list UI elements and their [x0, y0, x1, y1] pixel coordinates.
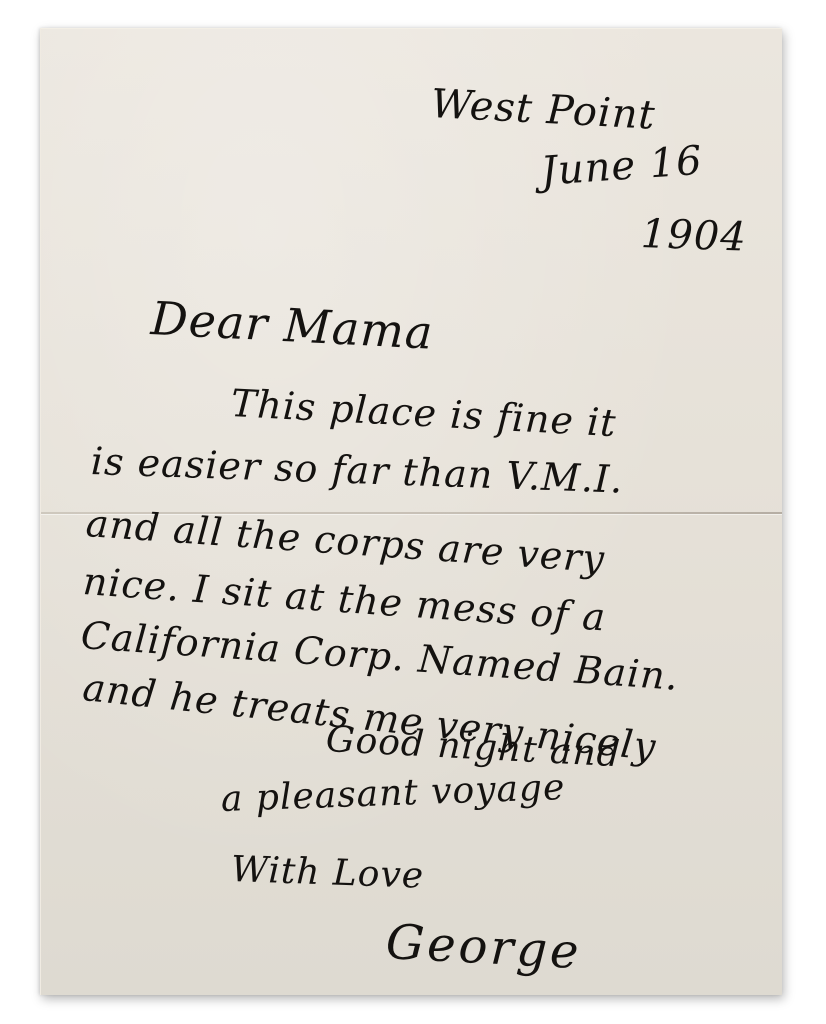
- body-line-1: This place is fine it: [230, 381, 618, 445]
- salutation: Dear Mama: [150, 291, 435, 360]
- dateline-date: June 16: [539, 138, 704, 195]
- dateline-place: West Point: [430, 81, 657, 139]
- dateline-year: 1904: [640, 211, 747, 261]
- closing-line-2: a pleasant voyage: [220, 767, 566, 820]
- letter-paper: West Point June 16 1904 Dear Mama This p…: [40, 28, 782, 995]
- signature: George: [385, 914, 583, 980]
- closing-line-3: With Love: [230, 849, 425, 897]
- page: West Point June 16 1904 Dear Mama This p…: [0, 0, 826, 1024]
- body-line-2: is easier so far than V.M.I.: [90, 439, 624, 502]
